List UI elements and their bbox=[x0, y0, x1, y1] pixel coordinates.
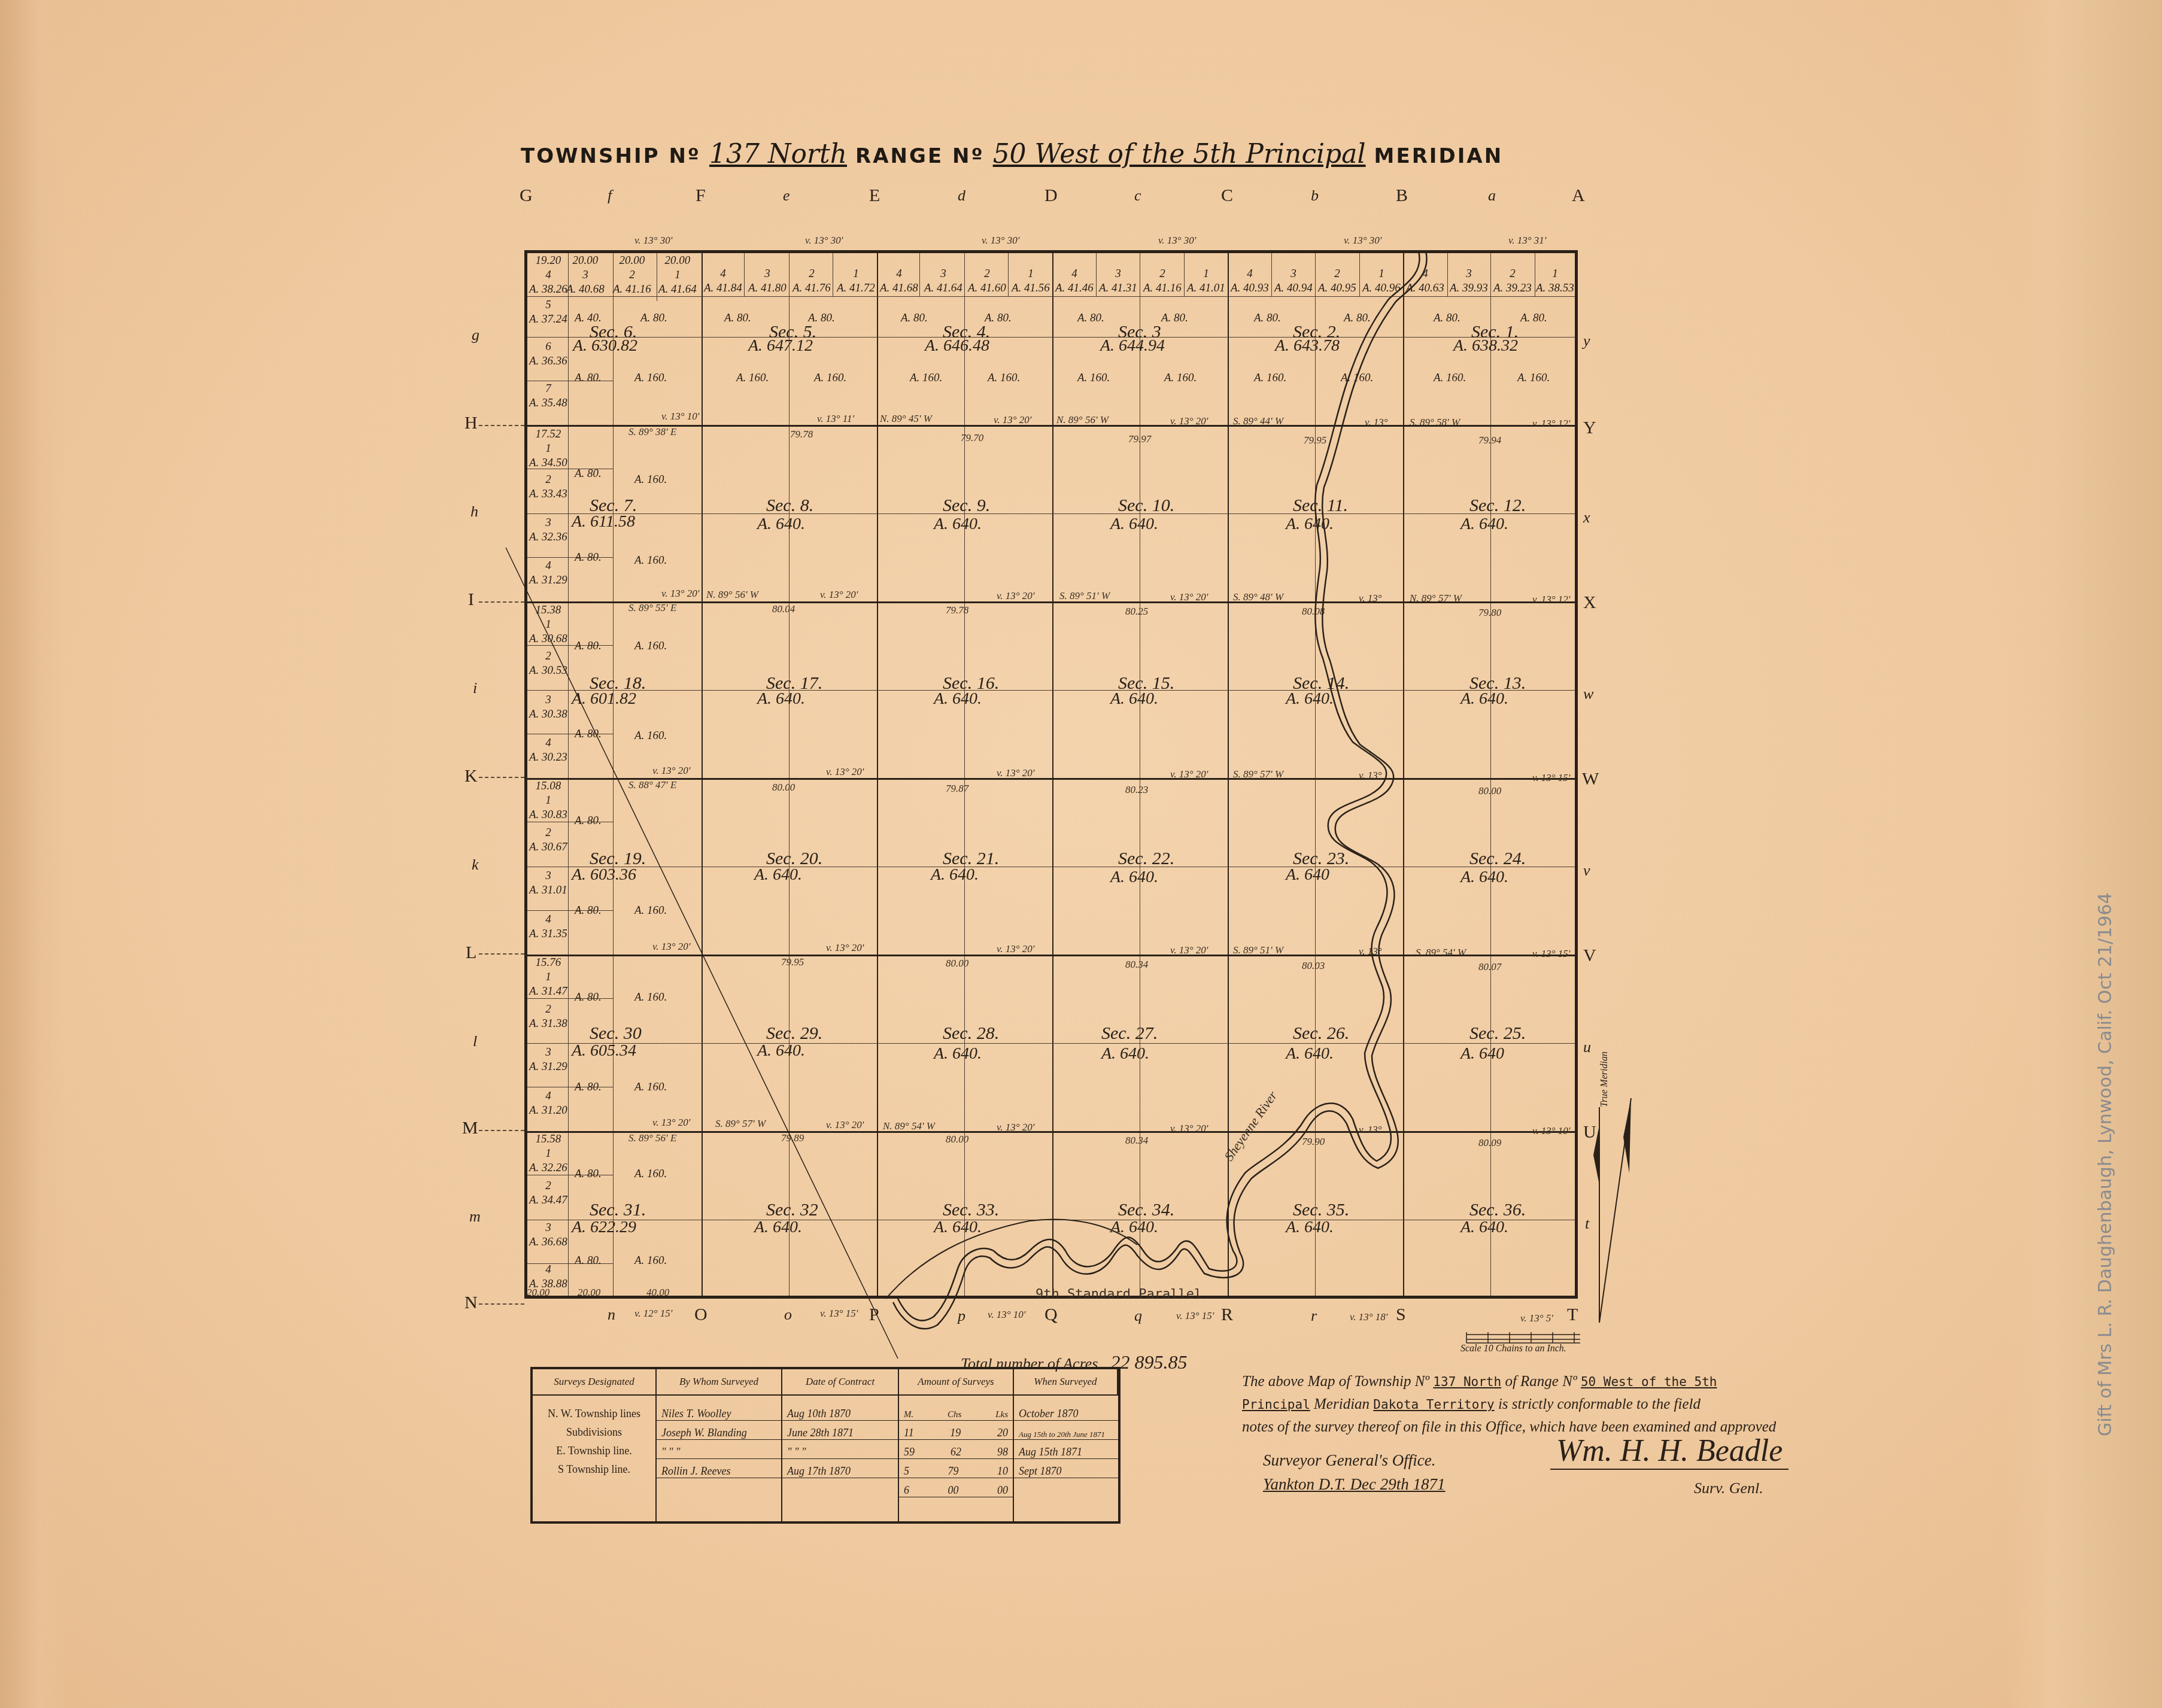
chains: 19 bbox=[950, 1427, 961, 1439]
cert-territory: Dakota Territory bbox=[1373, 1397, 1494, 1412]
miles: 5 bbox=[904, 1465, 909, 1478]
table-cell: E. Township line. bbox=[533, 1439, 655, 1457]
table-cell: Joseph W. Blanding bbox=[657, 1421, 781, 1440]
unit-chains: Chs bbox=[948, 1410, 961, 1420]
table-header: Date of Contract bbox=[782, 1369, 899, 1396]
diagonal-line bbox=[506, 548, 898, 1359]
table-cell: Rollin J. Reeves bbox=[657, 1459, 781, 1478]
miles: 6 bbox=[904, 1484, 909, 1497]
table-cell: Sept 1870 bbox=[1014, 1459, 1118, 1478]
table-cell: 111920 bbox=[899, 1421, 1013, 1440]
miles: 11 bbox=[904, 1427, 914, 1439]
cert-text: notes of the survey thereof on file in t… bbox=[1242, 1419, 1776, 1435]
table-cell: S Township line. bbox=[533, 1457, 655, 1476]
table-cell: Aug 15th to 20th June 1871 bbox=[1014, 1421, 1118, 1440]
table-column-when: October 1870 Aug 15th to 20th June 1871 … bbox=[1014, 1396, 1118, 1521]
table-header: Amount of Surveys bbox=[899, 1369, 1014, 1396]
table-column-by-whom: Niles T. Woolley Joseph W. Blanding " " … bbox=[657, 1396, 782, 1521]
links: 20 bbox=[997, 1427, 1008, 1439]
table-cell: " " " bbox=[782, 1440, 898, 1459]
certificate-text: The above Map of Township Nº 137 North o… bbox=[1242, 1370, 1871, 1439]
unit-links: Lks bbox=[995, 1410, 1008, 1420]
cert-township: 137 North bbox=[1433, 1375, 1501, 1389]
cert-principal: Principal bbox=[1242, 1397, 1310, 1412]
links: 98 bbox=[997, 1446, 1008, 1458]
meridian-ornament-icon bbox=[1593, 1125, 1599, 1185]
table-cell: Subdivisions bbox=[533, 1420, 655, 1439]
table-column-date: Aug 10th 1870 June 28th 1871 " " " Aug 1… bbox=[782, 1396, 899, 1521]
table-header: Surveys Designated bbox=[533, 1369, 657, 1396]
unit-miles: M. bbox=[904, 1410, 913, 1420]
cert-range: 50 West of the 5th bbox=[1581, 1375, 1717, 1389]
table-cell: N. W. Township lines bbox=[533, 1402, 655, 1420]
office-place-date: Yankton D.T. Dec 29th 1871 bbox=[1263, 1472, 1446, 1496]
sheyenne-river bbox=[886, 251, 1427, 1329]
signature: Wm. H. H. Beadle bbox=[1550, 1433, 1788, 1470]
table-cell: Aug 17th 1870 bbox=[782, 1459, 898, 1478]
table-cell: Niles T. Woolley bbox=[657, 1402, 781, 1421]
standard-parallel-label: 9th Standard Parallel bbox=[1036, 1287, 1202, 1302]
table-cell: Aug 10th 1870 bbox=[782, 1402, 898, 1421]
table-cell: June 28th 1871 bbox=[782, 1421, 898, 1440]
cert-text: The above Map of Township Nº bbox=[1242, 1373, 1429, 1390]
table-cell: 57910 bbox=[899, 1459, 1013, 1478]
survey-table: Surveys Designated By Whom Surveyed Date… bbox=[530, 1367, 1121, 1524]
amount-units: M. Chs Lks bbox=[899, 1402, 1013, 1421]
cert-text: of Range Nº bbox=[1505, 1373, 1577, 1390]
table-cell: October 1870 bbox=[1014, 1402, 1118, 1421]
margin-pencil-note: Gift of Mrs L. R. Daughenbaugh, Lynwood,… bbox=[2095, 892, 2116, 1436]
cert-text: Meridian bbox=[1314, 1396, 1370, 1412]
table-header: By Whom Surveyed bbox=[657, 1369, 782, 1396]
chains: 62 bbox=[951, 1446, 961, 1458]
office-name: Surveyor General's Office. bbox=[1263, 1448, 1446, 1472]
links: 00 bbox=[997, 1484, 1008, 1497]
surveyor-office: Surveyor General's Office. Yankton D.T. … bbox=[1263, 1448, 1446, 1496]
scale-bar bbox=[1466, 1332, 1580, 1343]
cert-text: is strictly conformable to the field bbox=[1498, 1396, 1701, 1412]
table-header: When Surveyed bbox=[1014, 1369, 1118, 1396]
links: 10 bbox=[997, 1465, 1008, 1478]
true-meridian-label: True Meridian bbox=[1599, 1051, 1610, 1107]
table-cell: 596298 bbox=[899, 1440, 1013, 1459]
table-column-designated: N. W. Township lines Subdivisions E. Tow… bbox=[533, 1396, 657, 1521]
table-cell: 60000 bbox=[899, 1478, 1013, 1497]
table-cell: Aug 15th 1871 bbox=[1014, 1440, 1118, 1459]
total-acres-value: 22 895.85 bbox=[1110, 1351, 1187, 1373]
scale-caption: Scale 10 Chains to an Inch. bbox=[1460, 1344, 1566, 1354]
table-cell: " " " bbox=[657, 1440, 781, 1459]
miles: 59 bbox=[904, 1446, 915, 1458]
meridian-ornament-icon bbox=[1623, 1098, 1631, 1173]
table-column-amount: M. Chs Lks 111920 596298 57910 60000 bbox=[899, 1396, 1014, 1521]
chains: 00 bbox=[948, 1484, 959, 1497]
signature-title: Surv. Genl. bbox=[1694, 1479, 1763, 1497]
chains: 79 bbox=[948, 1465, 959, 1478]
